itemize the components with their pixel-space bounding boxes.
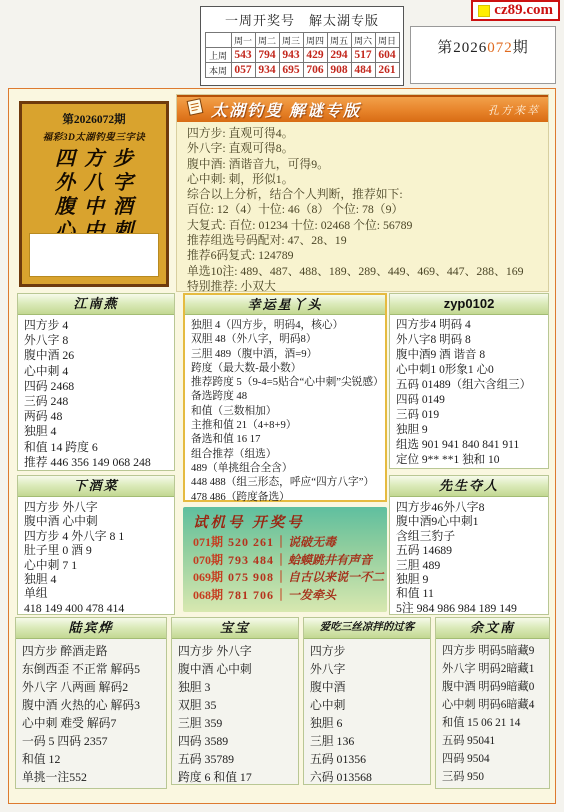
panel-baobao: 宝宝 四方步 外八字腹中酒 心中刺独胆 3双胆 35三胆 359四码 3589五… bbox=[171, 617, 299, 785]
text-line: 四方步 bbox=[22, 147, 166, 171]
draw-history-row: 069期075 908｜自古以来说一不二 bbox=[193, 569, 387, 587]
text-line: 独胆 9 bbox=[396, 423, 542, 438]
text-line: 两码 48 bbox=[24, 409, 168, 424]
text-line: 独胆 3 bbox=[178, 678, 292, 696]
text-line: 独胆 4 bbox=[24, 424, 168, 439]
text-line: 和值 11 bbox=[396, 586, 542, 600]
text-line: 外八字 bbox=[310, 660, 424, 678]
panel-zyp0102-title: zyp0102 bbox=[390, 294, 548, 315]
draw-numbers: 793 484 bbox=[228, 553, 274, 567]
text-line: 四方步 明码5暗藏9 bbox=[442, 642, 543, 660]
text-line: 腹中酒 bbox=[310, 678, 424, 696]
draw-number-cell: 261 bbox=[375, 63, 399, 78]
draw-number-cell: 057 bbox=[231, 63, 255, 78]
text-line: 综合以上分析，结合个人判断，推荐如下: bbox=[187, 187, 538, 202]
draw-number-cell: 294 bbox=[327, 48, 351, 63]
text-line: 心中刺 难受 解码7 bbox=[22, 714, 160, 732]
panel-yuwennan-body: 四方步 明码5暗藏9外八字 明码2暗藏1腹中酒 明码9暗藏0心中刺 明码6暗藏4… bbox=[436, 639, 549, 786]
panel-xiansheng-title: 先生夺人 bbox=[390, 476, 548, 497]
text-line: 外八字8 明码 8 bbox=[396, 333, 542, 348]
draw-number-cell: 794 bbox=[255, 48, 279, 63]
text-line: 489（单挑组合全含） bbox=[191, 461, 379, 475]
text-line: 推荐跨度 5（9-4=5贴合“心中刺”尖锐感） bbox=[191, 375, 379, 389]
draw-separator: ｜ bbox=[275, 535, 287, 549]
panel-zyp0102-body: 四方步4 明码 4外八字8 明码 8腹中酒9 酒 谐音 8心中刺1 0形象1 心… bbox=[390, 315, 548, 468]
panel-lu-body: 四方步 醉酒走路东倒西歪 不正常 解码5外八字 八两画 解码2腹中酒 火热的心 … bbox=[16, 639, 166, 786]
draw-issue: 069期 bbox=[193, 570, 223, 584]
text-line: 腹中酒: 酒谐音九，可得9。 bbox=[187, 157, 538, 172]
text-line: 大复式: 百位: 01234 十位: 02468 个位: 56789 bbox=[187, 218, 538, 233]
panel-xiansheng: 先生夺人 四方步46外八字8腹中酒9心中刺1含组三豹子五码 14689三胆 48… bbox=[389, 475, 549, 615]
text-line: 单选10注: 489、487、488、189、289、449、469、447、2… bbox=[187, 264, 538, 279]
draw-phrase: 自古以来说一不二 bbox=[288, 570, 384, 584]
text-line: 主推和值 21（4+8+9） bbox=[191, 418, 379, 432]
text-line: 单组 bbox=[24, 586, 168, 600]
day-header: 周五 bbox=[327, 33, 351, 48]
draw-numbers: 520 261 bbox=[228, 535, 274, 549]
text-line: 心中刺1 0形象1 心0 bbox=[396, 363, 542, 378]
text-line: 推荐 446 356 149 068 248 bbox=[24, 455, 168, 470]
text-line: 外八字 bbox=[22, 171, 166, 195]
day-header: 周四 bbox=[303, 33, 327, 48]
draw-number-cell: 934 bbox=[255, 63, 279, 78]
text-line: 单挑一注552 bbox=[22, 768, 160, 786]
text-line: 六码 013568 bbox=[310, 768, 424, 786]
text-line: 独胆 4 bbox=[24, 572, 168, 586]
text-line: 外八字 明码2暗藏1 bbox=[442, 660, 543, 678]
text-line: 独胆 9 bbox=[396, 572, 542, 586]
text-line: 五码 14689 bbox=[396, 543, 542, 557]
paper-icon bbox=[185, 98, 205, 122]
gold-verse-box: 第2026072期 福彩3D太湖钓叟三字诀 四方步外八字腹中酒心中刺 bbox=[19, 101, 169, 287]
interpretation-body: 四方步: 直观可得4。外八字: 直观可得8。腹中酒: 酒谐音九，可得9。心中刺:… bbox=[177, 122, 548, 294]
draw-phrase: 说破无毒 bbox=[288, 535, 336, 549]
week-table: 周一周二周三周四周五周六周日 上周543794943429294517604 本… bbox=[205, 32, 400, 78]
text-line: 四方步 外八字 bbox=[24, 500, 168, 514]
panel-yuwennan-title: 余文南 bbox=[436, 618, 549, 639]
panel-xingyun-body: 独胆 4（四方步，明码4，核心）双胆 48（外八字，明码8）三胆 489（腹中酒… bbox=[185, 315, 385, 504]
text-line: 心中刺 bbox=[310, 696, 424, 714]
panel-jiangnan-title: 江南燕 bbox=[18, 294, 174, 315]
issue-number-box: 第2026072期 bbox=[410, 26, 556, 84]
draw-history-title: 试机号 开奖号 bbox=[193, 511, 387, 532]
panel-xingyun: 幸运星丫头 独胆 4（四方步，明码4，核心）双胆 48（外八字，明码8）三胆 4… bbox=[183, 293, 387, 502]
text-line: 三胆 359 bbox=[178, 714, 292, 732]
draw-number-cell: 484 bbox=[351, 63, 375, 78]
panel-zyp0102: zyp0102 四方步4 明码 4外八字8 明码 8腹中酒9 酒 谐音 8心中刺… bbox=[389, 293, 549, 469]
draw-number-cell: 908 bbox=[327, 63, 351, 78]
site-logo[interactable]: cz89.com bbox=[471, 0, 560, 21]
panel-xiajiucai: 下酒菜 四方步 外八字腹中酒 心中刺四方步 4 外八字 8 1肚子里 0 酒 9… bbox=[17, 475, 175, 615]
text-line: 双胆 35 bbox=[178, 696, 292, 714]
panel-aichi-body: 四方步外八字腹中酒心中刺独胆 6三胆 136五码 01356六码 013568 bbox=[304, 639, 430, 786]
text-line: 备选和值 16 17 bbox=[191, 432, 379, 446]
text-line: 腹中酒 bbox=[22, 195, 166, 219]
draw-issue: 068期 bbox=[193, 588, 223, 602]
panel-aichi-title: 爱吃三丝凉拌的过客 bbox=[304, 618, 430, 639]
text-line: 百位: 12（4）十位: 46（8） 个位: 78（9） bbox=[187, 202, 538, 217]
text-line: 四方步 4 bbox=[24, 318, 168, 333]
draw-separator: ｜ bbox=[275, 553, 287, 567]
panel-yuwennan: 余文南 四方步 明码5暗藏9外八字 明码2暗藏1腹中酒 明码9暗藏0心中刺 明码… bbox=[435, 617, 550, 789]
panel-baobao-body: 四方步 外八字腹中酒 心中刺独胆 3双胆 35三胆 359四码 3589五码 3… bbox=[172, 639, 298, 786]
interpretation-panel: 太湖钓叟 解谜专版 孔方来萃 四方步: 直观可得4。外八字: 直观可得8。腹中酒… bbox=[176, 94, 549, 292]
day-header: 周二 bbox=[255, 33, 279, 48]
text-line: 和值 14 跨度 6 bbox=[24, 440, 168, 455]
text-line: 心中刺: 刺，形似1。 bbox=[187, 172, 538, 187]
issue-highlight: 072 bbox=[487, 40, 513, 56]
main-container: 第2026072期 福彩3D太湖钓叟三字诀 四方步外八字腹中酒心中刺 太湖钓叟 … bbox=[8, 88, 556, 804]
panel-jiangnan: 江南燕 四方步 4外八字 8腹中酒 26心中刺 4四码 2468三码 248两码… bbox=[17, 293, 175, 471]
text-line: 四方步4 明码 4 bbox=[396, 318, 542, 333]
draw-numbers: 075 908 bbox=[228, 570, 274, 584]
draw-number-cell: 695 bbox=[279, 63, 303, 78]
text-line: 独胆 4（四方步，明码4，核心） bbox=[191, 318, 379, 332]
text-line: 腹中酒 26 bbox=[24, 348, 168, 363]
text-line: 东倒西歪 不正常 解码5 bbox=[22, 660, 160, 678]
text-line: 腹中酒 火热的心 解码3 bbox=[22, 696, 160, 714]
text-line: 双胆 48（外八字，明码8） bbox=[191, 332, 379, 346]
text-line: 肚子里 0 酒 9 bbox=[24, 543, 168, 557]
panel-aichi: 爱吃三丝凉拌的过客 四方步外八字腹中酒心中刺独胆 6三胆 136五码 01356… bbox=[303, 617, 431, 785]
interpretation-title: 太湖钓叟 解谜专版 bbox=[211, 98, 361, 121]
text-line: 五码 35789 bbox=[178, 750, 292, 768]
text-line: 一码 5 四码 2357 bbox=[22, 732, 160, 750]
text-line: 跨度 6 和值 17 bbox=[178, 768, 292, 786]
text-line: 四码 9504 bbox=[442, 750, 543, 768]
text-line: 腹中酒 心中刺 bbox=[24, 514, 168, 528]
panel-xiansheng-body: 四方步46外八字8腹中酒9心中刺1含组三豹子五码 14689三胆 489独胆 9… bbox=[390, 497, 548, 615]
text-line: 三胆 489（腹中酒，酒=9） bbox=[191, 347, 379, 361]
text-line: 和值（三数相加） bbox=[191, 404, 379, 418]
text-line: 含组三豹子 bbox=[396, 529, 542, 543]
draw-separator: ｜ bbox=[275, 570, 287, 584]
text-line: 腹中酒9心中刺1 bbox=[396, 514, 542, 528]
text-line: 418 149 400 478 414 bbox=[24, 601, 168, 615]
corner-cell bbox=[205, 33, 231, 48]
text-line: 四码 2468 bbox=[24, 379, 168, 394]
text-line: 三码 950 bbox=[442, 768, 543, 786]
text-line: 备选跨度 48 bbox=[191, 389, 379, 403]
panel-xiajiucai-title: 下酒菜 bbox=[18, 476, 174, 497]
draw-separator: ｜ bbox=[275, 588, 287, 602]
text-line: 5注 984 986 984 189 149 bbox=[396, 601, 542, 615]
text-line: 推荐组选号码配对: 47、28、19 bbox=[187, 233, 538, 248]
panel-lu-title: 陆宾烨 bbox=[16, 618, 166, 639]
text-line: 定位 9** **1 独和 10 bbox=[396, 453, 542, 468]
draw-number-cell: 943 bbox=[279, 48, 303, 63]
text-line: 四方步 外八字 bbox=[178, 642, 292, 660]
week-row-label: 本周 bbox=[205, 63, 231, 78]
text-line: 推荐6码复式: 124789 bbox=[187, 248, 538, 263]
draw-history-row: 068期781 706｜一发牵头 bbox=[193, 587, 387, 605]
text-line: 三胆 489 bbox=[396, 558, 542, 572]
day-header: 周六 bbox=[351, 33, 375, 48]
text-line: 448 488（组三形态，呼应“四方八字”） bbox=[191, 475, 379, 489]
text-line: 四方步: 直观可得4。 bbox=[187, 126, 538, 141]
text-line: 四方步 4 外八字 8 1 bbox=[24, 529, 168, 543]
text-line: 四码 3589 bbox=[178, 732, 292, 750]
draw-number-cell: 429 bbox=[303, 48, 327, 63]
panel-baobao-title: 宝宝 bbox=[172, 618, 298, 639]
week-table-head-row: 周一周二周三周四周五周六周日 bbox=[205, 33, 399, 48]
draw-phrase: 一发牵头 bbox=[288, 588, 336, 602]
issue-suffix: 期 bbox=[513, 40, 529, 56]
week-row-label: 上周 bbox=[205, 48, 231, 63]
panel-xingyun-title: 幸运星丫头 bbox=[185, 295, 385, 315]
text-line: 外八字: 直观可得8。 bbox=[187, 141, 538, 156]
draw-history-row: 070期793 484｜蛤蟆跳井有声音 bbox=[193, 552, 387, 570]
text-line: 心中刺 7 1 bbox=[24, 558, 168, 572]
text-line: 组选 901 941 840 841 911 bbox=[396, 438, 542, 453]
text-line: 和值 12 bbox=[22, 750, 160, 768]
draw-issue: 071期 bbox=[193, 535, 223, 549]
interpretation-panel-header: 太湖钓叟 解谜专版 孔方来萃 bbox=[177, 95, 548, 122]
text-line: 五码 95041 bbox=[442, 732, 543, 750]
week-numbers-box: 一周开奖号 解太湖专版 周一周二周三周四周五周六周日 上周54379494342… bbox=[200, 6, 404, 86]
gold-box-blank-area bbox=[29, 233, 159, 277]
text-line: 四码 0149 bbox=[396, 393, 542, 408]
text-line: 心中刺 4 bbox=[24, 364, 168, 379]
text-line: 外八字 八两画 解码2 bbox=[22, 678, 160, 696]
draw-number-cell: 543 bbox=[231, 48, 255, 63]
draw-number-cell: 517 bbox=[351, 48, 375, 63]
draw-history-row: 071期520 261｜说破无毒 bbox=[193, 534, 387, 552]
day-header: 周三 bbox=[279, 33, 303, 48]
panel-jiangnan-body: 四方步 4外八字 8腹中酒 26心中刺 4四码 2468三码 248两码 48独… bbox=[18, 315, 174, 470]
issue-prefix: 第2026 bbox=[437, 40, 487, 56]
draw-numbers: 781 706 bbox=[228, 588, 274, 602]
week-row-0: 上周543794943429294517604 bbox=[205, 48, 399, 63]
text-line: 特别推荐: 小双大 bbox=[187, 279, 538, 294]
text-line: 四方步 醉酒走路 bbox=[22, 642, 160, 660]
gold-box-subtitle: 福彩3D太湖钓叟三字诀 bbox=[22, 129, 166, 143]
draw-phrase: 蛤蟆跳井有声音 bbox=[288, 553, 372, 567]
text-line: 组合推荐（组选） bbox=[191, 447, 379, 461]
text-line: 四方步46外八字8 bbox=[396, 500, 542, 514]
text-line: 腹中酒 明码9暗藏0 bbox=[442, 678, 543, 696]
logo-text: cz89.com bbox=[494, 2, 553, 19]
week-row-1: 本周057934695706908484261 bbox=[205, 63, 399, 78]
day-header: 周日 bbox=[375, 33, 399, 48]
text-line: 和值 15 06 21 14 bbox=[442, 714, 543, 732]
draw-rows: 071期520 261｜说破无毒070期793 484｜蛤蟆跳井有声音069期0… bbox=[193, 534, 387, 604]
text-line: 三胆 136 bbox=[310, 732, 424, 750]
draw-history-box: 试机号 开奖号 071期520 261｜说破无毒070期793 484｜蛤蟆跳井… bbox=[183, 507, 387, 612]
text-line: 独胆 6 bbox=[310, 714, 424, 732]
day-header: 周一 bbox=[231, 33, 255, 48]
gold-box-issue: 第2026072期 bbox=[22, 111, 166, 127]
text-line: 腹中酒 心中刺 bbox=[178, 660, 292, 678]
panel-xiajiucai-body: 四方步 外八字腹中酒 心中刺四方步 4 外八字 8 1肚子里 0 酒 9心中刺 … bbox=[18, 497, 174, 615]
draw-issue: 070期 bbox=[193, 553, 223, 567]
draw-number-cell: 604 bbox=[375, 48, 399, 63]
gold-box-verse: 四方步外八字腹中酒心中刺 bbox=[22, 147, 166, 243]
logo-icon bbox=[478, 5, 490, 17]
text-line: 五码 01356 bbox=[310, 750, 424, 768]
interpretation-author: 孔方来萃 bbox=[488, 102, 540, 118]
week-box-title: 一周开奖号 解太湖专版 bbox=[204, 10, 400, 29]
text-line: 跨度（最大数-最小数） bbox=[191, 361, 379, 375]
panel-lu: 陆宾烨 四方步 醉酒走路东倒西歪 不正常 解码5外八字 八两画 解码2腹中酒 火… bbox=[15, 617, 167, 789]
text-line: 腹中酒9 酒 谐音 8 bbox=[396, 348, 542, 363]
text-line: 四方步 bbox=[310, 642, 424, 660]
text-line: 外八字 8 bbox=[24, 333, 168, 348]
text-line: 心中刺 明码6暗藏4 bbox=[442, 696, 543, 714]
text-line: 478 486（跨度备选） bbox=[191, 490, 379, 504]
draw-number-cell: 706 bbox=[303, 63, 327, 78]
text-line: 三码 248 bbox=[24, 394, 168, 409]
text-line: 三码 019 bbox=[396, 408, 542, 423]
text-line: 五码 01489（组六含组三） bbox=[396, 378, 542, 393]
